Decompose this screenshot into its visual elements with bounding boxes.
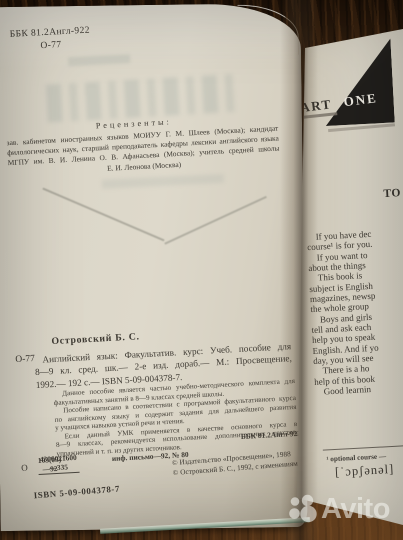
avito-logo-icon	[288, 494, 319, 525]
book-photo: ББК 81.2Англ-922О-77 Рецензенты: зав. ка…	[0, 0, 403, 540]
copyright-block: © Издательство «Просвещение», 1988 © Ост…	[172, 448, 302, 477]
bbk-classification: ББК 81.2Англ-922О-77	[9, 25, 90, 55]
bbk-index: ББК 81.2Англ-922	[10, 26, 91, 40]
section-heading-fragment: TO	[383, 187, 401, 200]
left-page: ББК 81.2Англ-922О-77 Рецензенты: зав. ка…	[0, 3, 308, 531]
footnote-transcription: [ˈɔpʃənəl]	[335, 462, 395, 480]
catalog-number-prefix: О	[21, 463, 28, 473]
left-page-content: ББК 81.2Англ-922О-77 Рецензенты: зав. ка…	[0, 0, 316, 532]
catalog-number-denominator: 103(03)—92	[38, 454, 62, 474]
right-page: PART ONE TO If you have dec course¹ is f…	[296, 27, 403, 534]
isbn: ISBN 5-09-004378-7	[33, 483, 120, 500]
body-text: If you have dec course¹ is for you. If y…	[306, 227, 403, 398]
annotation-paragraph: Данное пособие является частью учебно-ме…	[53, 377, 298, 458]
author-name: Островский Б. С.	[51, 331, 140, 347]
catalog-code: О-77	[15, 354, 35, 365]
avito-watermark: Avito	[288, 493, 390, 526]
footnote-rule	[323, 445, 403, 451]
author-sign: О-77	[40, 40, 62, 51]
avito-watermark-text: Avito	[321, 493, 390, 526]
